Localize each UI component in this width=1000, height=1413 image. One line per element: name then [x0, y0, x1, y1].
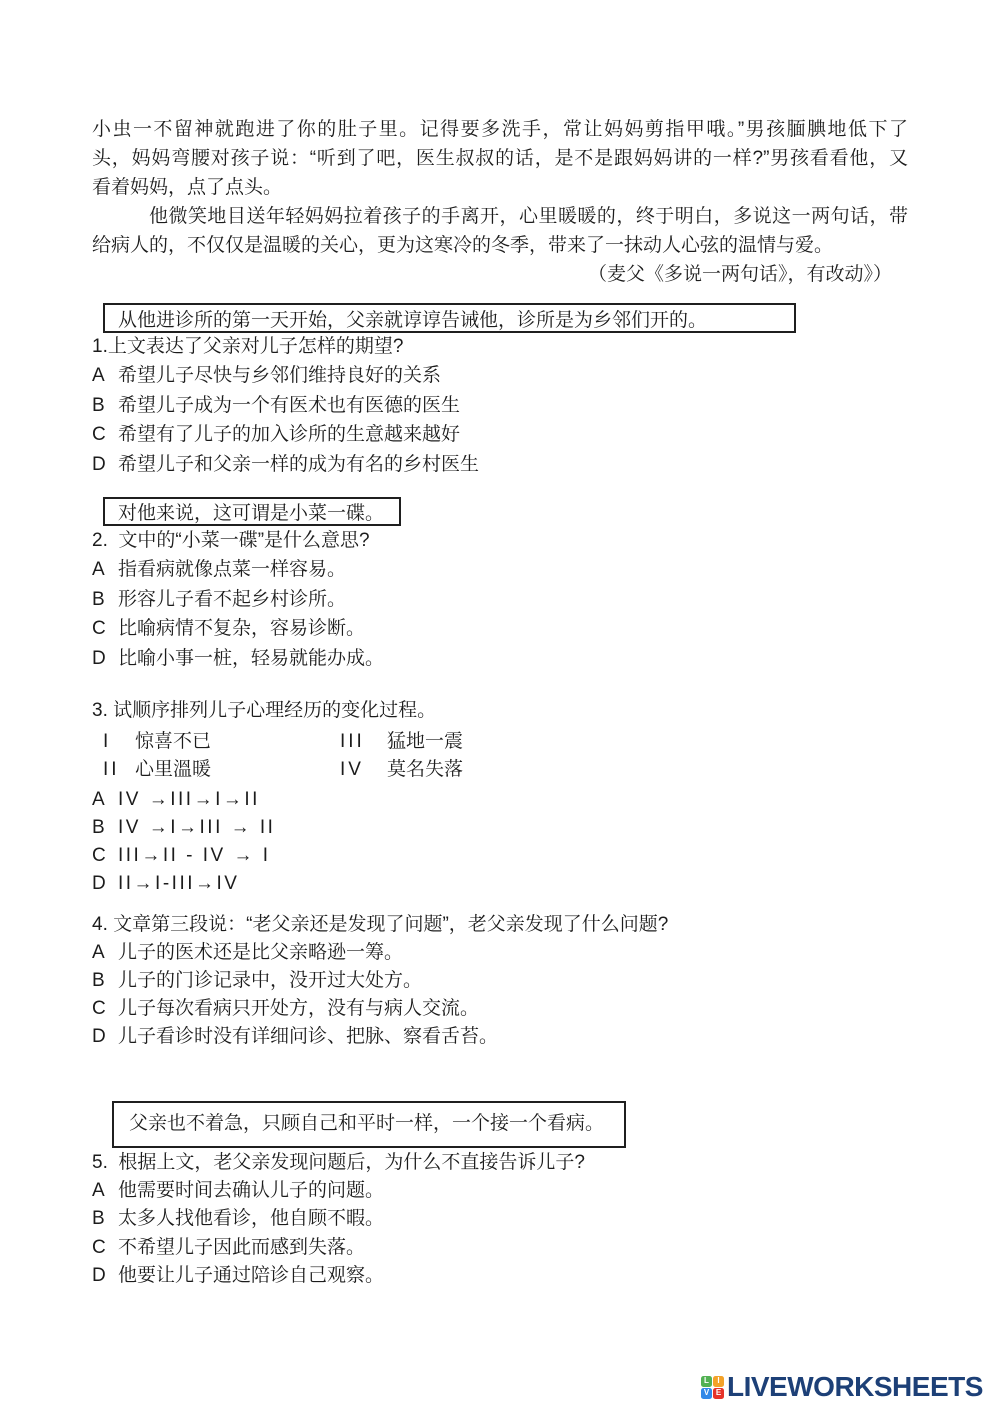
option-letter: C	[92, 420, 118, 450]
liveworksheets-logo[interactable]: L I V E LIVEWORKSHEETS	[701, 1371, 983, 1403]
q5-option-c[interactable]: C 不希望儿子因此而感到失落。	[92, 1234, 908, 1262]
option-text: 希望儿子和父亲一样的成为有名的乡村医生	[118, 450, 479, 480]
option-text: 他要让儿子通过陪诊自己观察。	[118, 1262, 384, 1290]
q4-stem: 4. 文章第三段说：“老父亲还是发现了问题”，老父亲发现了什么问题?	[92, 910, 908, 939]
option-letter: B	[92, 585, 118, 615]
roman-numeral: I	[103, 728, 135, 756]
reading-passage: 小虫一不留神就跑进了你的肚子里。记得要多洗手，常让妈妈剪指甲哦。”男孩腼腆地低下…	[92, 115, 908, 289]
roman-numeral: III	[340, 728, 387, 756]
option-text: 不希望儿子因此而感到失落。	[118, 1234, 365, 1262]
q5-option-d[interactable]: D 他要让儿子通过陪诊自己观察。	[92, 1262, 908, 1290]
option-text: 儿子的门诊记录中，没开过大处方。	[118, 967, 422, 995]
question-4: 4. 文章第三段说：“老父亲还是发现了问题”，老父亲发现了什么问题? A 儿子的…	[92, 910, 908, 1051]
option-letter: D	[92, 1023, 118, 1051]
q3-item-3: III猛地一震	[340, 728, 908, 756]
q2-quote-box: 对他来说，这可谓是小菜一碟。	[103, 497, 401, 526]
q2-option-a[interactable]: A 指看病就像点菜一样容易。	[92, 555, 908, 585]
passage-line: 小虫一不留神就跑进了你的肚子里。记得要多洗手，常让妈妈剪指甲哦。”男孩腼腆地低下…	[92, 115, 908, 144]
item-label: 猛地一震	[387, 731, 463, 752]
option-text: 希望有了儿子的加入诊所的生意越来越好	[118, 420, 460, 450]
option-letter: B	[92, 814, 118, 842]
q3-item-1: I惊喜不已	[103, 728, 340, 756]
question-2: 2. 文中的“小菜一碟”是什么意思? A 指看病就像点菜一样容易。 B 形容儿子…	[92, 526, 908, 673]
liveworksheets-tiles-icon: L I V E	[701, 1376, 724, 1399]
q2-stem: 2. 文中的“小菜一碟”是什么意思?	[92, 526, 908, 555]
item-label: 莫名失落	[387, 759, 463, 780]
source-citation: （麦父《多说一两句话》，有改动》）	[92, 260, 908, 289]
option-letter: C	[92, 614, 118, 644]
q3-item-4: IV莫名失落	[340, 756, 908, 784]
option-letter: A	[92, 939, 118, 967]
q1-stem: 1.上文表达了父亲对儿子怎样的期望?	[92, 332, 908, 361]
q3-option-b[interactable]: B IV →I→III → II	[92, 814, 908, 842]
passage-line: 头，妈妈弯腰对孩子说：“听到了吧，医生叔叔的话，是不是跟妈妈讲的一样?”男孩看看…	[92, 144, 908, 173]
roman-numeral: IV	[340, 756, 387, 784]
tile-letter-e: E	[713, 1388, 724, 1399]
tile-letter-l: L	[701, 1376, 712, 1387]
q4-option-d[interactable]: D 儿子看诊时没有详细问诊、把脉、察看舌苔。	[92, 1023, 908, 1051]
option-text: IV →III→I→II	[118, 786, 260, 814]
q2-quote-text: 对他来说，这可谓是小菜一碟。	[118, 498, 384, 525]
roman-numeral: II	[103, 756, 135, 784]
q3-feeling-list: I惊喜不已 III猛地一震 II心里溫暖 IV莫名失落	[103, 728, 908, 784]
option-text: 儿子每次看病只开处方，没有与病人交流。	[118, 995, 479, 1023]
option-text: II→I-III→IV	[118, 870, 239, 898]
option-letter: D	[92, 450, 118, 480]
option-text: 儿子的医术还是比父亲略逊一筹。	[118, 939, 403, 967]
option-text: 指看病就像点菜一样容易。	[118, 555, 346, 585]
q2-option-d[interactable]: D 比喻小事一桩，轻易就能办成。	[92, 644, 908, 674]
option-letter: B	[92, 1205, 118, 1233]
liveworksheets-wordmark: LIVEWORKSHEETS	[727, 1371, 983, 1403]
question-3: 3. 试顺序排列儿子心理经历的变化过程。 I惊喜不已 III猛地一震 II心里溫…	[92, 696, 908, 898]
q5-quote-box: 父亲也不着急，只顾自己和平时一样，一个接一个看病。	[112, 1101, 626, 1148]
tile-letter-i: I	[713, 1376, 724, 1387]
q3-option-d[interactable]: D II→I-III→IV	[92, 870, 908, 898]
passage-line: 给病人的，不仅仅是温暖的关心，更为这寒冷的冬季，带来了一抹动人心弦的温情与爱。	[92, 231, 908, 260]
q5-stem: 5. 根据上文，老父亲发现问题后，为什么不直接告诉儿子?	[92, 1148, 908, 1177]
passage-line: 看着妈妈，点了点头。	[92, 173, 908, 202]
option-text: 比喻病情不复杂，容易诊断。	[118, 614, 365, 644]
option-text: III→II - IV → I	[118, 842, 271, 870]
q4-option-c[interactable]: C 儿子每次看病只开处方，没有与病人交流。	[92, 995, 908, 1023]
option-text: 儿子看诊时没有详细问诊、把脉、察看舌苔。	[118, 1023, 498, 1051]
q1-option-c[interactable]: C 希望有了儿子的加入诊所的生意越来越好	[92, 420, 908, 450]
option-letter: B	[92, 391, 118, 421]
option-letter: D	[92, 870, 118, 898]
q5-quote-text: 父亲也不着急，只顾自己和平时一样，一个接一个看病。	[129, 1108, 604, 1135]
item-label: 心里溫暖	[135, 759, 211, 780]
q3-stem: 3. 试顺序排列儿子心理经历的变化过程。	[92, 696, 908, 725]
item-label: 惊喜不已	[135, 731, 211, 752]
tile-letter-v: V	[701, 1388, 712, 1399]
option-letter: D	[92, 644, 118, 674]
option-text: 太多人找他看诊，他自顾不暇。	[118, 1205, 384, 1233]
q1-quote-box: 从他进诊所的第一天开始，父亲就谆谆告诫他，诊所是为乡邻们开的。	[103, 303, 796, 333]
option-text: 希望儿子尽快与乡邻们维持良好的关系	[118, 361, 441, 391]
option-letter: D	[92, 1262, 118, 1290]
q2-option-c[interactable]: C 比喻病情不复杂，容易诊断。	[92, 614, 908, 644]
q5-option-a[interactable]: A 他需要时间去确认儿子的问题。	[92, 1177, 908, 1205]
option-letter: A	[92, 361, 118, 391]
option-text: 他需要时间去确认儿子的问题。	[118, 1177, 384, 1205]
question-5: 5. 根据上文，老父亲发现问题后，为什么不直接告诉儿子? A 他需要时间去确认儿…	[92, 1148, 908, 1290]
option-text: 希望儿子成为一个有医术也有医德的医生	[118, 391, 460, 421]
passage-line: 他微笑地目送年轻妈妈拉着孩子的手离开，心里暖暖的，终于明白，多说这一两句话，带	[92, 202, 908, 231]
option-letter: A	[92, 786, 118, 814]
q2-option-b[interactable]: B 形容儿子看不起乡村诊所。	[92, 585, 908, 615]
q5-option-b[interactable]: B 太多人找他看诊，他自顾不暇。	[92, 1205, 908, 1233]
question-1: 1.上文表达了父亲对儿子怎样的期望? A 希望儿子尽快与乡邻们维持良好的关系 B…	[92, 332, 908, 480]
q1-option-b[interactable]: B 希望儿子成为一个有医术也有医德的医生	[92, 391, 908, 421]
option-letter: C	[92, 842, 118, 870]
option-text: 形容儿子看不起乡村诊所。	[118, 585, 346, 615]
option-letter: A	[92, 555, 118, 585]
q1-option-d[interactable]: D 希望儿子和父亲一样的成为有名的乡村医生	[92, 450, 908, 480]
q3-option-c[interactable]: C III→II - IV → I	[92, 842, 908, 870]
option-letter: A	[92, 1177, 118, 1205]
q3-item-2: II心里溫暖	[103, 756, 340, 784]
q3-option-a[interactable]: A IV →III→I→II	[92, 786, 908, 814]
option-text: IV →I→III → II	[118, 814, 275, 842]
q1-quote-text: 从他进诊所的第一天开始，父亲就谆谆告诫他，诊所是为乡邻们开的。	[118, 305, 707, 332]
option-letter: C	[92, 1234, 118, 1262]
q4-option-a[interactable]: A 儿子的医术还是比父亲略逊一筹。	[92, 939, 908, 967]
option-text: 比喻小事一桩，轻易就能办成。	[118, 644, 384, 674]
q4-option-b[interactable]: B 儿子的门诊记录中，没开过大处方。	[92, 967, 908, 995]
q1-option-a[interactable]: A 希望儿子尽快与乡邻们维持良好的关系	[92, 361, 908, 391]
option-letter: B	[92, 967, 118, 995]
option-letter: C	[92, 995, 118, 1023]
